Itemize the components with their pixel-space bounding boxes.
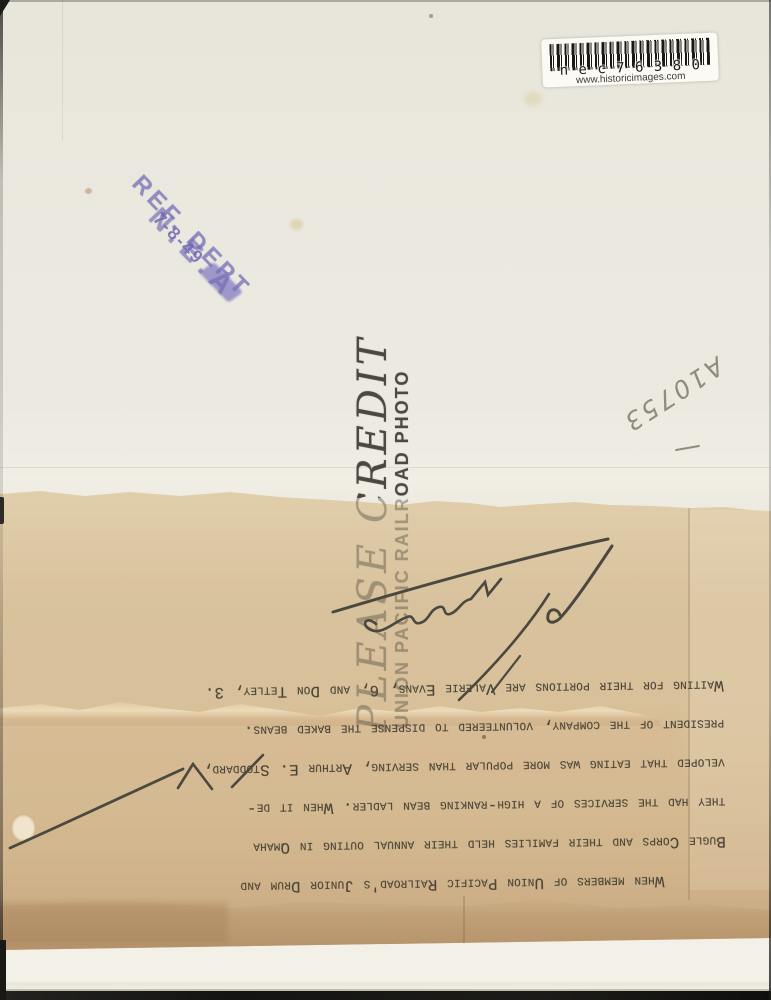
photo-corner-mark [0,940,6,1000]
stain-spot [524,92,542,106]
slip-bottom-crease [463,896,465,950]
stain-spot [290,219,303,230]
credit-stamp-line2: UNION PACIFIC RAILROAD PHOTO [392,320,413,498]
photo-back-scan: n e c 7 6 3 8 0 www.historicimages.com R… [0,0,771,1000]
barcode-sticker: n e c 7 6 3 8 0 www.historicimages.com [541,32,719,87]
slip-bottom-stain [0,902,228,944]
paper-hole-spot [11,814,36,842]
stain-spot [85,188,92,194]
stain-spot [429,14,433,18]
credit-stamp: PLEASE CREDIT UNION PACIFIC RAILROAD PHO… [350,320,426,498]
vertical-crease [62,0,63,140]
photo-edge-bottom [0,991,771,1000]
photo-edge-nick [0,497,4,524]
typed-caption: When members of Union Pacific Railroad's… [35,653,726,909]
credit-stamp-line1: PLEASE CREDIT [350,320,396,498]
photo-edge-top [0,0,771,2]
